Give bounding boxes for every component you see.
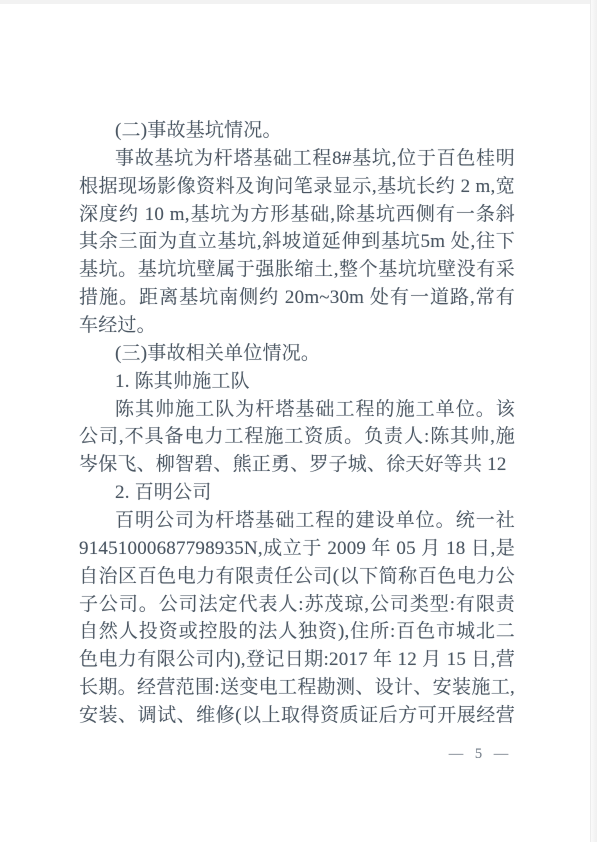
document-line: 自治区百色电力有限责任公司(以下简称百色电力公司)的全资 [79, 563, 515, 591]
document-line: 深度约 10 m,基坑为方形基础,除基坑西侧有一条斜坡道外, [79, 201, 515, 229]
document-line: 事故基坑为杆塔基础工程8#基坑,位于百色桂明大道西侧。 [79, 145, 515, 173]
document-line: 长期。经营范围:送变电工程勘测、设计、安装施工,电力设备 [79, 674, 515, 702]
document-line: 车经过。 [79, 312, 515, 340]
page-number: — 5 — [418, 746, 543, 763]
document-line: (三)事故相关单位情况。 [79, 340, 515, 368]
document-line: 陈其帅施工队为杆塔基础工程的施工单位。该施工队未成立 [79, 396, 515, 424]
document-line: 根据现场影像资料及询问笔录显示,基坑长约 2 m,宽约 2 m, [79, 173, 515, 201]
document-line: 1. 陈其帅施工队 [79, 368, 515, 396]
document-line: 安装、调试、维修(以上取得资质证后方可开展经营活动); 电 [79, 702, 515, 730]
document-line: 基坑。基坑坑壁属于强胀缩土,整个基坑坑壁没有采取任何支护 [79, 256, 515, 284]
document-line: 公司,不具备电力工程施工资质。负责人:陈其帅,施工人员: [79, 423, 515, 451]
scan-edge-top [0, 0, 597, 4]
document-line: 百明公司为杆塔基础工程的建设单位。统一社会信用代码: [79, 507, 515, 535]
scan-edge-right [590, 0, 597, 842]
document-line: 自然人投资或控股的法人独资),住所:百色市城北二路 42 号(百 [79, 618, 515, 646]
document-line: (二)事故基坑情况。 [79, 117, 515, 145]
document-line: 2. 百明公司 [79, 479, 515, 507]
document-line: 色电力有限公司内),登记日期:2017 年 12 月 15 日,营业期限: [79, 646, 515, 674]
document-line: 91451000687798935N,成立于 2009 年 05 月 18 日,… [79, 535, 515, 563]
document-line: 岑保飞、柳智碧、熊正勇、罗子城、徐天好等共 12 人。 [79, 451, 515, 479]
document-page: (二)事故基坑情况。 事故基坑为杆塔基础工程8#基坑,位于百色桂明大道西侧。 根… [0, 0, 597, 842]
document-body: (二)事故基坑情况。 事故基坑为杆塔基础工程8#基坑,位于百色桂明大道西侧。 根… [79, 117, 515, 730]
document-line: 子公司。公司法定代表人:苏茂琼,公司类型:有限责任公司(非 [79, 591, 515, 619]
document-line: 其余三面为直立基坑,斜坡道延伸到基坑5m 处,往下5m 为直立 [79, 228, 515, 256]
document-line: 措施。距离基坑南侧约 20m~30m 处有一道路,常有大型泥头 [79, 284, 515, 312]
